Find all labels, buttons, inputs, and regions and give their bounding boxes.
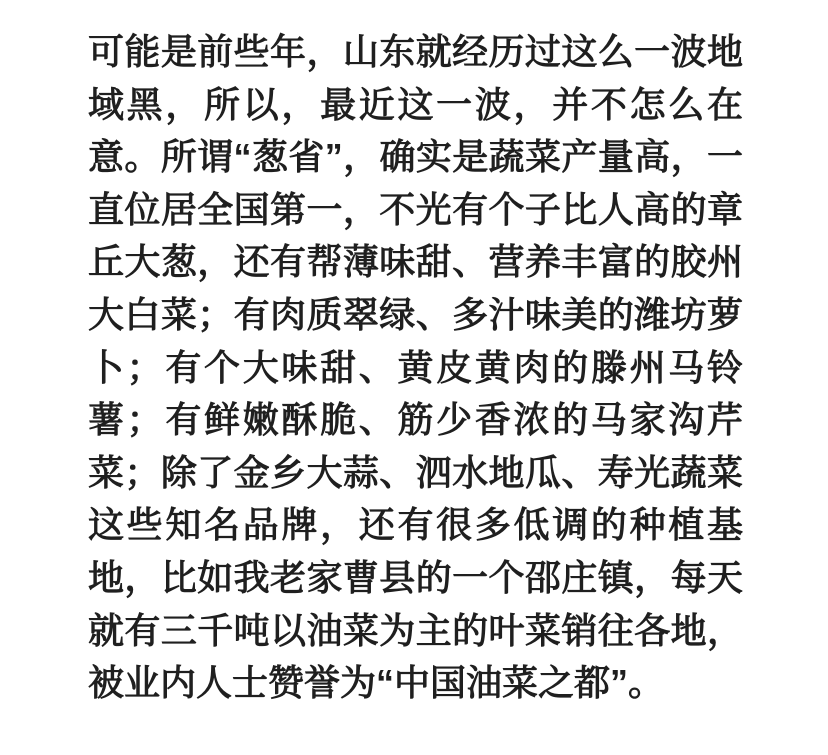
article-page: 可能是前些年，山东就经历过这么一波地 域黑，所以，最近这一波，并不怎么在 意。所…: [0, 0, 828, 755]
article-paragraph: 可能是前些年，山东就经历过这么一波地 域黑，所以，最近这一波，并不怎么在 意。所…: [88, 26, 743, 710]
text-line-5: 丘大葱，还有帮薄味甜、营养丰富的胶州: [88, 236, 743, 289]
text-line-7: 卜；有个大味甜、黄皮黄肉的滕州马铃: [88, 342, 743, 395]
text-line-12: 就有三千吨以油菜为主的叶菜销往各地，: [88, 605, 743, 658]
text-line-11: 地，比如我老家曹县的一个邵庄镇，每天: [88, 552, 743, 605]
text-line-8: 薯；有鲜嫩酥脆、筋少香浓的马家沟芹: [88, 394, 743, 447]
text-line-6: 大白菜；有肉质翠绿、多汁味美的潍坊萝: [88, 289, 743, 342]
text-line-4: 直位居全国第一，不光有个子比人高的章: [88, 184, 743, 237]
text-line-2: 域黑，所以，最近这一波，并不怎么在: [88, 79, 743, 132]
text-line-9: 菜；除了金乡大蒜、泗水地瓜、寿光蔬菜: [88, 447, 743, 500]
text-line-10: 这些知名品牌，还有很多低调的种植基: [88, 499, 743, 552]
text-line-1: 可能是前些年，山东就经历过这么一波地: [88, 26, 743, 79]
text-line-13: 被业内人士赞誉为“中国油菜之都”。: [88, 657, 743, 710]
text-line-3: 意。所谓“葱省”，确实是蔬菜产量高，一: [88, 131, 743, 184]
